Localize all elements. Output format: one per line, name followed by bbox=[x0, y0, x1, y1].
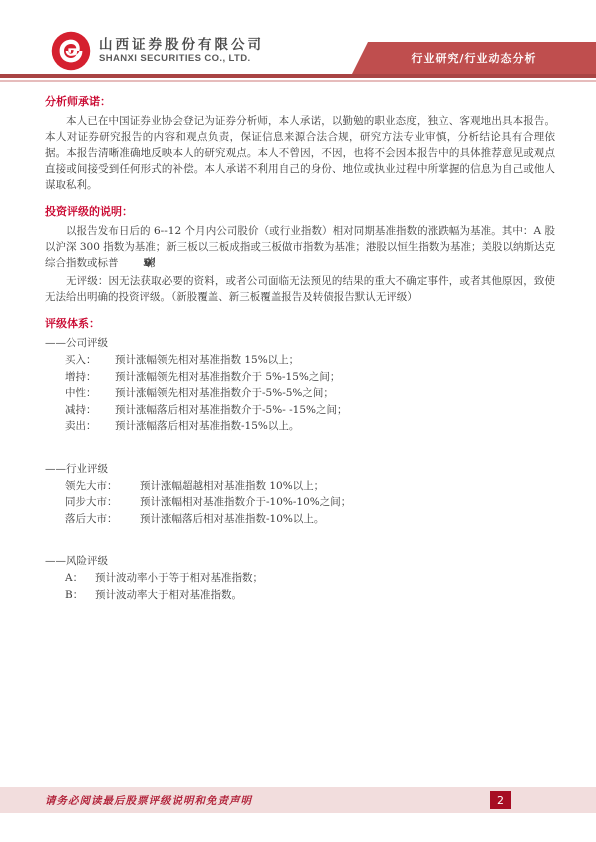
page-number-badge: 2 bbox=[490, 791, 511, 809]
rating-label: 同步大市： bbox=[65, 494, 140, 511]
footer-disclaimer-notice: 请务必阅读最后股票评级说明和免责声明 bbox=[45, 793, 252, 808]
report-type-banner: 行业研究/行业动态分析 bbox=[352, 42, 596, 74]
analyst-commitment-text: 本人已在中国证券业协会登记为证券分析师，本人承诺，以勤勉的职业态度，独立、客观地… bbox=[45, 113, 555, 193]
rating-row-inline: 同步大市： 预计涨幅相对基准指数介于-10%-10%之间； bbox=[45, 494, 555, 511]
company-brand: 山西证券股份有限公司 SHANXI SECURITIES CO., LTD. bbox=[50, 30, 264, 72]
rating-explanation-text-garbled: 500指数为基准 bbox=[122, 255, 156, 271]
rating-desc: 预计涨幅落后相对基准指数介于-5%- -15%之间； bbox=[115, 402, 555, 419]
risk-rating-group-name: ——风险评级 bbox=[45, 553, 555, 570]
analyst-commitment-title: 分析师承诺： bbox=[45, 95, 555, 109]
rating-row-underperform: 落后大市： 预计涨幅落后相对基准指数-10%以上。 bbox=[45, 511, 555, 528]
rating-label: 减持： bbox=[65, 402, 115, 419]
rating-explanation-title: 投资评级的说明： bbox=[45, 205, 555, 219]
report-body: 分析师承诺： 本人已在中国证券业协会登记为证券分析师，本人承诺，以勤勉的职业态度… bbox=[45, 95, 555, 603]
company-rating-group: ——公司评级 买入： 预计涨幅领先相对基准指数 15%以上； 增持： 预计涨幅领… bbox=[45, 335, 555, 435]
company-logo-icon bbox=[50, 30, 92, 72]
rating-desc: 预计波动率大于相对基准指数。 bbox=[95, 587, 555, 604]
rating-desc: 预计涨幅领先相对基准指数 15%以上； bbox=[115, 352, 555, 369]
company-rating-group-name: ——公司评级 bbox=[45, 335, 555, 352]
rating-system-title: 评级体系： bbox=[45, 317, 555, 331]
rating-desc: 预计涨幅落后相对基准指数-10%以上。 bbox=[140, 511, 555, 528]
rating-label: 落后大市： bbox=[65, 511, 140, 528]
industry-rating-group: ——行业评级 领先大市： 预计涨幅超越相对基准指数 10%以上； 同步大市： 预… bbox=[45, 461, 555, 528]
no-rating-text: 无评级：因无法获取必要的资料，或者公司面临无法预见的结果的重大不确定事件，或者其… bbox=[45, 273, 555, 305]
header-rule-dark bbox=[0, 74, 596, 78]
rating-row-outperform: 领先大市： 预计涨幅超越相对基准指数 10%以上； bbox=[45, 478, 555, 495]
rating-row-risk-a: A： 预计波动率小于等于相对基准指数； bbox=[45, 570, 555, 587]
page-footer: 请务必阅读最后股票评级说明和免责声明 2 bbox=[0, 787, 596, 813]
company-name-zh: 山西证券股份有限公司 bbox=[99, 37, 264, 53]
rating-desc: 预计涨幅领先相对基准指数介于-5%-5%之间； bbox=[115, 385, 555, 402]
rating-row-buy: 买入： 预计涨幅领先相对基准指数 15%以上； bbox=[45, 352, 555, 369]
rating-explanation-text: 以报告发布日后的 6--12 个月内公司股价（或行业指数）相对同期基准指数的涨跌… bbox=[45, 223, 555, 271]
rating-desc: 预计涨幅超越相对基准指数 10%以上； bbox=[140, 478, 555, 495]
report-page: 山西证券股份有限公司 SHANXI SECURITIES CO., LTD. 行… bbox=[0, 0, 596, 842]
rating-label: 卖出： bbox=[65, 418, 115, 435]
rating-desc: 预计涨幅领先相对基准指数介于 5%-15%之间； bbox=[115, 369, 555, 386]
industry-rating-group-name: ——行业评级 bbox=[45, 461, 555, 478]
rating-row-sell: 卖出： 预计涨幅落后相对基准指数-15%以上。 bbox=[45, 418, 555, 435]
rating-label: 增持： bbox=[65, 369, 115, 386]
company-name-block: 山西证券股份有限公司 SHANXI SECURITIES CO., LTD. bbox=[99, 37, 264, 65]
rating-label: A： bbox=[65, 570, 95, 587]
rating-row-underweight: 减持： 预计涨幅落后相对基准指数介于-5%- -15%之间； bbox=[45, 402, 555, 419]
rating-desc: 预计涨幅落后相对基准指数-15%以上。 bbox=[115, 418, 555, 435]
rating-row-risk-b: B： 预计波动率大于相对基准指数。 bbox=[45, 587, 555, 604]
rating-label: B： bbox=[65, 587, 95, 604]
rating-desc: 预计波动率小于等于相对基准指数； bbox=[95, 570, 555, 587]
header-rule-light bbox=[0, 80, 596, 82]
rating-row-overweight: 增持： 预计涨幅领先相对基准指数介于 5%-15%之间； bbox=[45, 369, 555, 386]
rating-label: 中性： bbox=[65, 385, 115, 402]
rating-label: 买入： bbox=[65, 352, 115, 369]
rating-row-neutral: 中性： 预计涨幅领先相对基准指数介于-5%-5%之间； bbox=[45, 385, 555, 402]
page-header: 山西证券股份有限公司 SHANXI SECURITIES CO., LTD. 行… bbox=[0, 0, 596, 74]
company-name-en: SHANXI SECURITIES CO., LTD. bbox=[99, 53, 264, 65]
risk-rating-group: ——风险评级 A： 预计波动率小于等于相对基准指数； B： 预计波动率大于相对基… bbox=[45, 553, 555, 603]
rating-label: 领先大市： bbox=[65, 478, 140, 495]
rating-desc: 预计涨幅相对基准指数介于-10%-10%之间； bbox=[140, 494, 555, 511]
